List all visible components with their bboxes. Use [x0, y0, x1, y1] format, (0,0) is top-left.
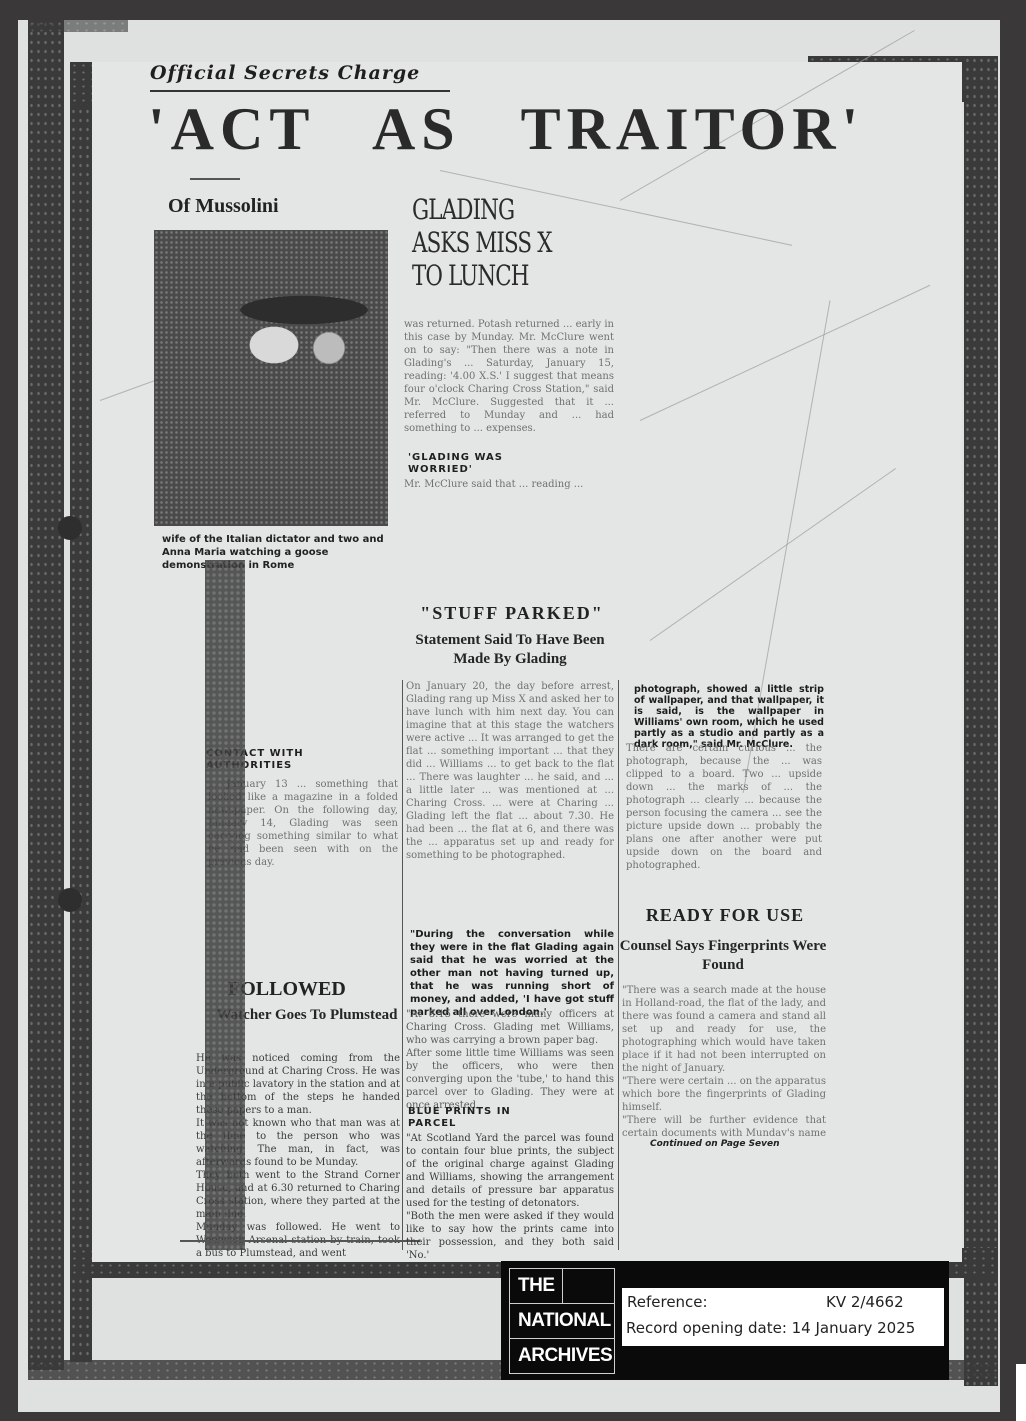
- headline-line: ASKS MISS X: [412, 226, 552, 259]
- punch-hole-bottom: [58, 888, 82, 912]
- paragraph: After some little time Williams was seen…: [406, 1047, 614, 1112]
- article-ready-body: "There was a search made at the house in…: [622, 984, 826, 1136]
- headline-line: GLADING: [412, 193, 552, 226]
- reference-value: KV 2/4662: [826, 1293, 904, 1311]
- logo-row: THE: [510, 1269, 614, 1304]
- bold-quote: "During the conversation while they were…: [410, 928, 614, 1019]
- deck-ready-for-use: Counsel Says Fingerprints Were Found: [618, 937, 828, 975]
- headline-line: TO LUNCH: [412, 259, 552, 292]
- ink-smear: [205, 560, 245, 1250]
- paragraph: "There were certain ... on the apparatus…: [622, 1075, 826, 1114]
- reference-box: Reference: KV 2/4662 Record opening date…: [622, 1288, 944, 1346]
- continued-note: Continued on Page Seven: [650, 1139, 780, 1149]
- newspaper-photo: [154, 230, 388, 526]
- paragraph: "At Scotland Yard the parcel was found t…: [406, 1132, 614, 1210]
- article-worried-body: Mr. McClure said that ... reading ...: [404, 478, 614, 518]
- paragraph: "At 8.15 there were many officers at Cha…: [406, 1008, 614, 1047]
- reference-label: Reference:: [627, 1293, 708, 1311]
- frame-right: [964, 56, 998, 1386]
- archive-stamp: THE NATIONAL ARCHIVES Reference: KV 2/46…: [501, 1261, 949, 1380]
- headline: 'ACT AS TRAITOR': [148, 95, 864, 164]
- headline-ready-for-use: READY FOR USE: [620, 905, 830, 926]
- subhead-glading-worried: 'GLADING WAS WORRIED': [408, 452, 518, 476]
- paragraph: "Both the men were asked if they would l…: [406, 1210, 614, 1262]
- frame-left-inner: [70, 62, 92, 1362]
- article-stuff-body-2: "At 8.15 there were many officers at Cha…: [406, 1008, 614, 1112]
- logo-row: NATIONAL: [510, 1304, 614, 1339]
- article-blueprints-body: "At Scotland Yard the parcel was found t…: [406, 1132, 614, 1262]
- logo-text: NATIONAL: [518, 1310, 611, 1332]
- national-archives-logo: THE NATIONAL ARCHIVES: [509, 1268, 615, 1374]
- headline-stuff-parked: "STUFF PARKED": [407, 603, 617, 624]
- logo-text: ARCHIVES: [518, 1345, 612, 1367]
- headline-short-rule: [190, 178, 240, 180]
- logo-text: THE: [518, 1275, 555, 1297]
- article-stuff-body: On January 20, the day before arrest, Gl…: [406, 680, 614, 922]
- article-glading-body: was returned. Potash returned ... early …: [404, 318, 614, 448]
- article-photograph-lead: photograph, showed a little strip of wal…: [634, 684, 824, 750]
- paragraph: "There was a search made at the house in…: [622, 984, 826, 1075]
- kicker: Official Secrets Charge: [150, 62, 420, 84]
- article-photograph-body: There are certain curious ... the photog…: [626, 742, 822, 892]
- subhead-blue-prints: BLUE PRINTS IN PARCEL: [408, 1106, 518, 1130]
- logo-divider: [562, 1269, 563, 1303]
- logo-row: ARCHIVES: [510, 1339, 614, 1373]
- photo-caption: wife of the Italian dictator and two and…: [162, 533, 390, 572]
- headline-glading: GLADING ASKS MISS X TO LUNCH: [412, 193, 552, 292]
- left-subhead: Of Mussolini: [168, 195, 279, 218]
- frame-left-outer: [28, 20, 64, 1370]
- column-rule: [402, 680, 403, 1250]
- deck-stuff-parked: Statement Said To Have Been Made By Glad…: [404, 631, 616, 669]
- headline-followed: FOLLOWED: [228, 978, 346, 1001]
- frame-top-outer: [28, 20, 128, 32]
- column-rule: [180, 1240, 420, 1242]
- kicker-rule: [150, 90, 450, 92]
- record-opening-date: Record opening date: 14 January 2025: [626, 1319, 915, 1337]
- corner-patch: [1016, 1364, 1026, 1421]
- punch-hole-top: [58, 516, 82, 540]
- paragraph: "There will be further evidence that cer…: [622, 1114, 826, 1136]
